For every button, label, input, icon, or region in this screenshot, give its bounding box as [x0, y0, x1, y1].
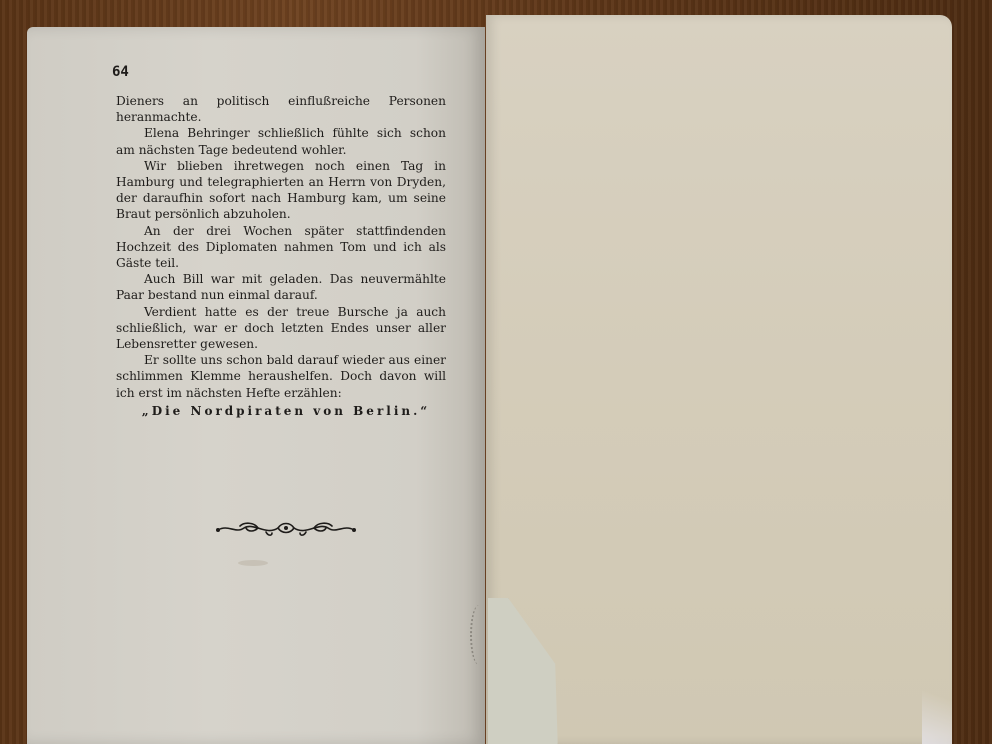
paragraph: Elena Behringer schließlich fühlte sich …	[116, 125, 446, 157]
paragraph: Verdient hatte es der treue Bursche ja a…	[116, 304, 446, 353]
right-book-page-blank	[486, 15, 952, 744]
next-issue-title: „Die Nordpiraten von Berlin.“	[116, 403, 446, 419]
scroll-ornament-icon	[214, 518, 358, 540]
page-tear	[470, 605, 488, 665]
page-text: Dieners an politisch einflußreiche Perso…	[116, 93, 446, 419]
paragraph: Dieners an politisch einflußreiche Perso…	[116, 93, 446, 125]
paragraph: Wir blieben ihretwegen noch einen Tag in…	[116, 158, 446, 223]
paragraph: An der drei Wochen später stattfindenden…	[116, 223, 446, 272]
page-number: 64	[112, 64, 129, 80]
page-stain	[238, 560, 268, 566]
paragraph: Auch Bill war mit geladen. Das neuvermäh…	[116, 271, 446, 303]
paragraph: Er sollte uns schon bald darauf wieder a…	[116, 352, 446, 401]
